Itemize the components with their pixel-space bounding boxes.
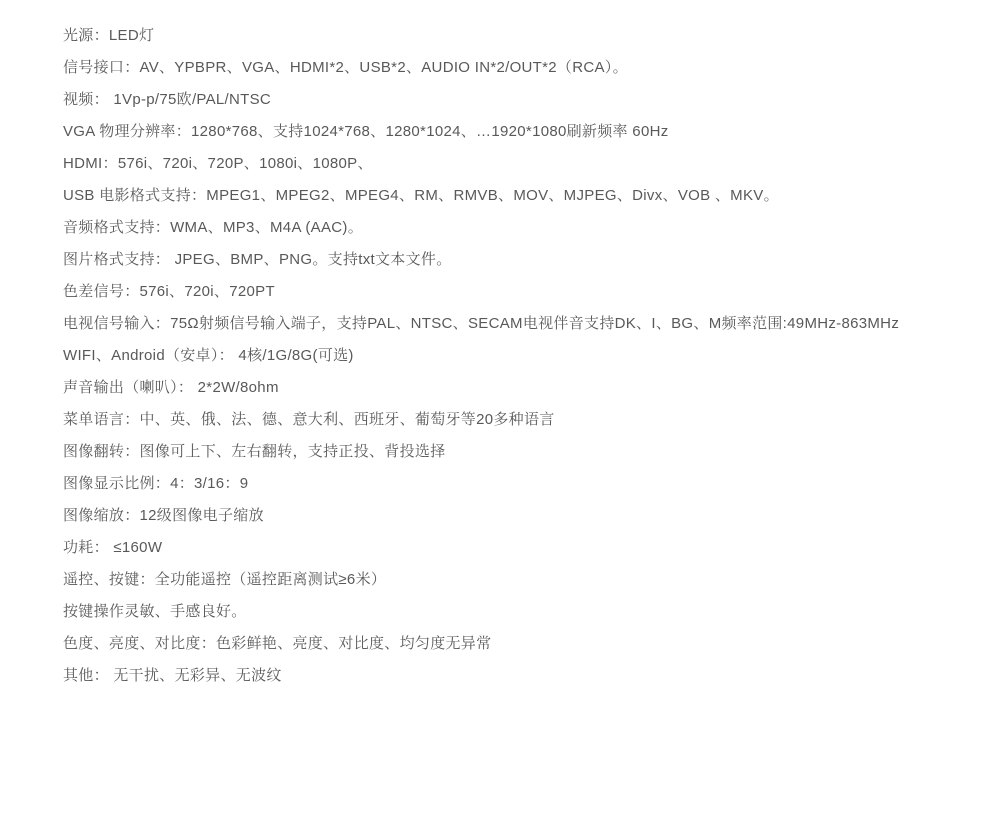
spec-line-power-consumption: 功耗： ≤160W bbox=[63, 532, 980, 564]
spec-line-menu-languages: 菜单语言：中、英、俄、法、德、意大利、西班牙、葡萄牙等20多种语言 bbox=[63, 404, 980, 436]
spec-line-image-flip: 图像翻转：图像可上下、左右翻转，支持正投、背投选择 bbox=[63, 436, 980, 468]
spec-line-video: 视频： 1Vp-p/75欧/PAL/NTSC bbox=[63, 84, 980, 116]
spec-document: 光源：LED灯 信号接口：AV、YPBPR、VGA、HDMI*2、USB*2、A… bbox=[0, 0, 990, 692]
spec-line-usb-movie-formats: USB 电影格式支持：MPEG1、MPEG2、MPEG4、RM、RMVB、MOV… bbox=[63, 180, 980, 212]
spec-line-signal-ports: 信号接口：AV、YPBPR、VGA、HDMI*2、USB*2、AUDIO IN*… bbox=[63, 52, 980, 84]
spec-line-key-feel: 按键操作灵敏、手感良好。 bbox=[63, 596, 980, 628]
spec-line-audio-output: 声音输出（喇叭）： 2*2W/8ohm bbox=[63, 372, 980, 404]
spec-line-tv-signal-input: 电视信号输入：75Ω射频信号输入端子，支持PAL、NTSC、SECAM电视伴音支… bbox=[63, 308, 980, 340]
spec-line-hdmi: HDMI：576i、720i、720P、1080i、1080P、 bbox=[63, 148, 980, 180]
spec-line-other: 其他： 无干扰、无彩异、无波纹 bbox=[63, 660, 980, 692]
spec-line-image-formats: 图片格式支持： JPEG、BMP、PNG。支持txt文本文件。 bbox=[63, 244, 980, 276]
spec-line-light-source: 光源：LED灯 bbox=[63, 20, 980, 52]
spec-line-component-signal: 色差信号：576i、720i、720PT bbox=[63, 276, 980, 308]
spec-line-image-zoom: 图像缩放：12级图像电子缩放 bbox=[63, 500, 980, 532]
spec-line-remote-keys: 遥控、按键：全功能遥控（遥控距离测试≥6米） bbox=[63, 564, 980, 596]
spec-line-audio-formats: 音频格式支持：WMA、MP3、M4A (AAC)。 bbox=[63, 212, 980, 244]
spec-line-aspect-ratio: 图像显示比例：4：3/16：9 bbox=[63, 468, 980, 500]
spec-line-vga-resolution: VGA 物理分辨率：1280*768、支持1024*768、1280*1024、… bbox=[63, 116, 980, 148]
spec-line-color-brightness: 色度、亮度、对比度：色彩鲜艳、亮度、对比度、均匀度无异常 bbox=[63, 628, 980, 660]
spec-line-wifi-android: WIFI、Android（安卓）： 4核/1G/8G(可选) bbox=[63, 340, 980, 372]
